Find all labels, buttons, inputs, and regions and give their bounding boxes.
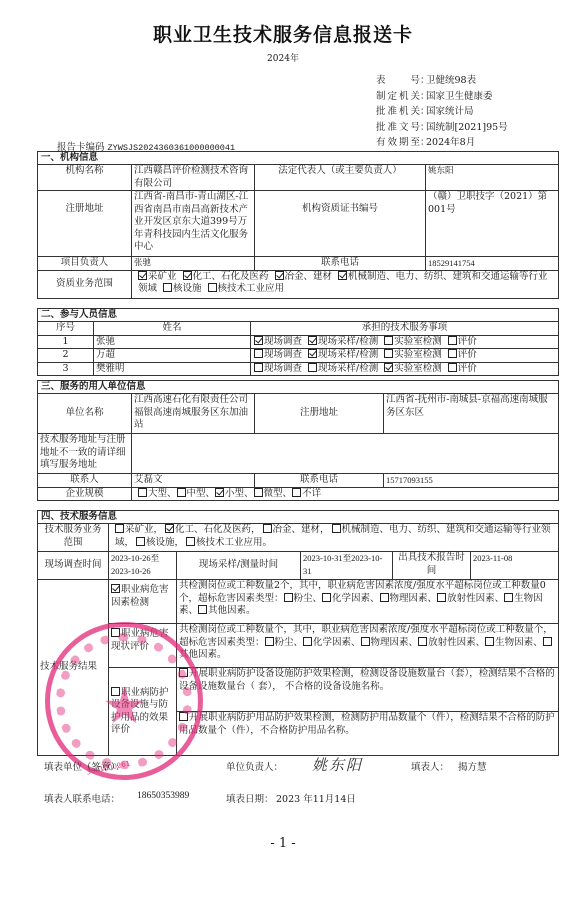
- checkbox-label: 现场调查: [264, 349, 302, 360]
- checkbox-option[interactable]: 放射性因素、: [437, 593, 504, 604]
- checkbox-label: 实验室检测: [394, 336, 442, 347]
- checkbox-option[interactable]: 现场采样/检测: [308, 336, 378, 347]
- checkbox-option[interactable]: 冶金、建材，: [263, 524, 330, 535]
- checkbox-label: 放射性因素、: [447, 593, 504, 604]
- checkbox-option[interactable]: 大型、: [138, 488, 177, 499]
- checkbox-option[interactable]: 现场采样/检测: [308, 363, 378, 374]
- section-personnel: 二、参与人员信息 序号 姓名 承担的技术服务事项 1张驰现场调查现场采样/检测实…: [37, 308, 559, 376]
- unchecked-box-icon[interactable]: [115, 524, 124, 533]
- meta-row: 批准文号：国统制[2021]95号: [376, 120, 508, 136]
- checkbox-label: 生物因素、: [495, 637, 543, 648]
- unchecked-box-icon[interactable]: [437, 593, 446, 602]
- checkbox-option[interactable]: 实验室检测: [384, 349, 442, 360]
- contact-phone-value: 15717093155: [384, 474, 559, 488]
- checkbox-option[interactable]: 评价: [448, 336, 477, 347]
- row-name: 万超: [94, 349, 251, 363]
- unchecked-box-icon[interactable]: [418, 637, 427, 646]
- sampling-time-label: 现场采样/测量时间: [177, 552, 301, 580]
- checkbox-label: 评价: [458, 336, 477, 347]
- row-name: 樊雅明: [94, 362, 251, 376]
- row-services: 现场调查现场采样/检测实验室检测评价: [251, 335, 559, 349]
- size-options: 大型、中型、小型、微型、不详: [132, 487, 559, 501]
- unchecked-box-icon[interactable]: [265, 637, 274, 646]
- checkbox-option[interactable]: 现场调查: [254, 349, 302, 360]
- meta-key: 制定机关: [376, 89, 420, 105]
- form-title: 职业卫生技术服务信息报送卡: [0, 20, 566, 47]
- checked-box-icon[interactable]: [183, 271, 192, 280]
- service-addr-value: [132, 434, 559, 474]
- unchecked-box-icon[interactable]: [332, 524, 341, 533]
- checkbox-label: 小型、: [225, 488, 254, 499]
- checkbox-label: 粉尘、: [275, 637, 304, 648]
- unchecked-box-icon[interactable]: [284, 593, 293, 602]
- meta-row: 表号：卫健统98表: [376, 73, 508, 89]
- checkbox-option[interactable]: 生物因素、: [485, 637, 543, 648]
- pm-value: 张驰: [132, 257, 255, 271]
- meta-value: 国家卫生健康委: [426, 89, 493, 105]
- section-title: 三、服务的用人单位信息: [38, 381, 559, 394]
- checked-box-icon[interactable]: [275, 271, 284, 280]
- checkbox-option[interactable]: 采矿业，: [115, 524, 163, 535]
- checkbox-option[interactable]: 采矿业: [138, 271, 177, 282]
- meta-value: 国家统计局: [426, 104, 474, 120]
- checkbox-option[interactable]: 现场调查: [254, 363, 302, 374]
- checkbox-option[interactable]: 化学因素、: [322, 593, 380, 604]
- checked-box-icon[interactable]: [254, 336, 263, 345]
- row-services: 现场调查现场采样/检测实验室检测评价: [251, 362, 559, 376]
- date-value: 2023 年11月14日: [276, 791, 356, 805]
- unchecked-box-icon[interactable]: [322, 593, 331, 602]
- phone-value: 18529141754: [426, 257, 559, 271]
- result-text-1: 共检测岗位或工种数量2个，其中，职业病危害因素浓度/强度水平超标岗位或工种数量0…: [177, 580, 559, 624]
- checkbox-option[interactable]: 化工、石化及医药: [183, 271, 269, 282]
- result-text-2: 共检测岗位或工种数量个，其中，职业病危害因素浓度/强度水平超标岗位或工种数量个，…: [177, 624, 559, 668]
- header-no: 序号: [38, 322, 94, 336]
- checkbox-label: 现场采样/检测: [318, 363, 378, 374]
- meta-row: 制定机关：国家卫生健康委: [376, 89, 508, 105]
- table-row: 3樊雅明现场调查现场采样/检测实验室检测评价: [38, 362, 559, 376]
- checkbox-label: 实验室检测: [394, 363, 442, 374]
- meta-row: 批准机关：国家统计局: [376, 104, 508, 120]
- unchecked-box-icon[interactable]: [208, 283, 217, 292]
- checkbox-label: 核设施，: [146, 537, 184, 548]
- unit-name-label: 单位名称: [38, 394, 132, 434]
- pm-label: 项目负责人: [38, 257, 132, 271]
- checkbox-label: 中型、: [187, 488, 216, 499]
- checkbox-option[interactable]: 中型、: [177, 488, 216, 499]
- section-title: 一、机构信息: [38, 152, 559, 165]
- meta-key: 批准文号: [376, 120, 420, 136]
- unchecked-box-icon[interactable]: [186, 537, 195, 546]
- checkbox-label: 化工、石化及医药，: [175, 524, 261, 535]
- contact-phone-label: 联系电话: [255, 474, 384, 488]
- section-title: 四、技术服务信息: [38, 511, 559, 524]
- head-label: 单位负责人：: [226, 759, 283, 773]
- checkbox-option[interactable]: 评价: [448, 349, 477, 360]
- meta-key: 有效期至: [376, 135, 420, 151]
- table-row: 2万超现场调查现场采样/检测实验室检测评价: [38, 349, 559, 363]
- form-year: 2024年: [0, 51, 566, 64]
- checkbox-option[interactable]: 化学因素、: [303, 637, 361, 648]
- unchecked-box-icon[interactable]: [543, 637, 552, 646]
- checkbox-label: 大型、: [148, 488, 177, 499]
- unit-sign-label: 填表单位（签章）：: [44, 759, 125, 773]
- org-name-label: 机构名称: [38, 165, 132, 191]
- service-scope-options: 采矿业，化工、石化及医药，冶金、建材，机械制造、电力、纺织、建筑和交通运输等行业…: [109, 524, 559, 552]
- checkbox-option[interactable]: 物理因素、: [380, 593, 438, 604]
- sampling-time-value: 2023-10-31至2023-10-31: [301, 552, 393, 580]
- legal-rep-value: 姚东阳: [426, 165, 559, 191]
- meta-value: 卫健统98表: [426, 73, 476, 89]
- cert-value: （赣）卫职技字（2021）第001号: [426, 191, 559, 257]
- checkbox-label: 冶金、建材: [285, 271, 333, 282]
- unchecked-box-icon[interactable]: [380, 593, 389, 602]
- checkbox-option[interactable]: 现场调查: [254, 336, 302, 347]
- scope-options: 采矿业化工、石化及医药冶金、建材机械制造、电力、纺织、建筑和交通运输等行业领域核…: [132, 270, 559, 298]
- survey-time-label: 现场调查时间: [38, 552, 109, 580]
- page-number: - 1 -: [0, 836, 566, 851]
- checkbox-option[interactable]: 核设施，: [136, 537, 184, 548]
- meta-key: 表号: [376, 73, 420, 89]
- service-scope-label: 技术服务业务范围: [38, 524, 109, 552]
- checkbox-label: 核技术工业应用: [218, 283, 285, 294]
- unchecked-box-icon[interactable]: [111, 687, 120, 696]
- unchecked-box-icon[interactable]: [384, 349, 393, 358]
- org-name-value: 江西赣昌评价检测技术咨询有限公司: [132, 165, 255, 191]
- checked-box-icon[interactable]: [338, 271, 347, 280]
- checkbox-label: 现场调查: [264, 363, 302, 374]
- checked-box-icon[interactable]: [215, 488, 224, 497]
- phone-label: 联系电话: [255, 257, 426, 271]
- meta-value: 国统制[2021]95号: [426, 120, 508, 136]
- reg-addr-label: 注册地址: [255, 394, 384, 434]
- checkbox-label: 评价: [458, 349, 477, 360]
- checkbox-label: 现场采样/检测: [318, 349, 378, 360]
- checkbox-option[interactable]: 不详: [292, 488, 321, 499]
- checkbox-option[interactable]: 实验室检测: [384, 363, 442, 374]
- result-sub-text: 开展职业病防护用品防护效果检测，检测防护用品数量个（件），检测结果不合格的防护用…: [179, 712, 555, 736]
- checkbox-option[interactable]: 核设施: [163, 283, 202, 294]
- checkbox-label: 其他因素。: [179, 649, 227, 660]
- unchecked-box-icon[interactable]: [308, 363, 317, 372]
- checkbox-option[interactable]: 放射性因素、: [418, 637, 485, 648]
- head-signature: 姚东阳: [312, 754, 363, 775]
- checkbox-label: 放射性因素、: [428, 637, 485, 648]
- unchecked-box-icon[interactable]: [254, 488, 263, 497]
- checked-box-icon[interactable]: [384, 363, 393, 372]
- unchecked-box-icon[interactable]: [485, 637, 494, 646]
- checkbox-label: 现场调查: [264, 336, 302, 347]
- checkbox-label: 其他因素。: [208, 605, 256, 616]
- checkbox-option[interactable]: 微型、: [254, 488, 293, 499]
- section-service-info: 四、技术服务信息 技术服务业务范围 采矿业，化工、石化及医药，冶金、建材，机械制…: [37, 510, 559, 756]
- unchecked-box-icon[interactable]: [254, 349, 263, 358]
- checkbox-label: 核技术工业应用。: [196, 537, 272, 548]
- checkbox-option[interactable]: 化工、石化及医药，: [165, 524, 261, 535]
- report-time-label: 出具技术报告时间: [393, 552, 471, 580]
- checked-box-icon[interactable]: [308, 336, 317, 345]
- legal-rep-label: 法定代表人（或主要负责人）: [255, 165, 426, 191]
- unchecked-box-icon[interactable]: [292, 488, 301, 497]
- checkbox-label: 不详: [302, 488, 321, 499]
- service-addr-label: 技术服务地址与注册地址不一致的请详细填写服务地址: [38, 434, 132, 474]
- filler-name: 揭方慧: [458, 759, 487, 773]
- checkbox-option[interactable]: 物理因素、: [361, 637, 419, 648]
- checkbox-label: 化学因素、: [332, 593, 380, 604]
- checkbox-option[interactable]: 评价: [448, 363, 477, 374]
- filler-label: 填表人：: [411, 759, 449, 773]
- checkbox-option[interactable]: 粉尘、: [265, 637, 304, 648]
- filler-phone-value: 18650353989: [137, 791, 189, 801]
- row-no: 1: [38, 335, 94, 349]
- meta-key: 批准机关: [376, 104, 420, 120]
- checkbox-label: 物理因素、: [390, 593, 438, 604]
- result-type-1: 职业病危害因素检测: [109, 580, 177, 624]
- checkbox-option[interactable]: 实验室检测: [384, 336, 442, 347]
- checkbox-label: 粉尘、: [294, 593, 323, 604]
- form-meta: 表号：卫健统98表制定机关：国家卫生健康委批准机关：国家统计局批准文号：国统制[…: [376, 73, 508, 151]
- unchecked-box-icon[interactable]: [384, 336, 393, 345]
- checkbox-label: 冶金、建材，: [273, 524, 330, 535]
- reg-addr-value: 江西省-抚州市-南城县-京福高速南城服务区东区: [384, 394, 559, 434]
- checkbox-label: 实验室检测: [394, 349, 442, 360]
- unchecked-box-icon[interactable]: [198, 605, 207, 614]
- section-org-info: 一、机构信息 机构名称 江西赣昌评价检测技术咨询有限公司 法定代表人（或主要负责…: [37, 151, 559, 299]
- header-services: 承担的技术服务事项: [251, 322, 559, 336]
- unchecked-box-icon[interactable]: [448, 363, 457, 372]
- result-type-2: 职业病危害现状评价: [109, 624, 177, 668]
- scope-label: 资质业务范围: [38, 270, 132, 298]
- checkbox-option[interactable]: 核技术工业应用: [208, 283, 285, 294]
- checkbox-label: 化学因素、: [313, 637, 361, 648]
- checkbox-option[interactable]: 其他因素。: [198, 605, 256, 616]
- checkbox-label: 化工、石化及医药: [193, 271, 269, 282]
- header-name: 姓名: [94, 322, 251, 336]
- unchecked-box-icon[interactable]: [504, 593, 513, 602]
- section-client-info: 三、服务的用人单位信息 单位名称 江西高速石化有限责任公司福银高速南城服务区东加…: [37, 380, 559, 501]
- section-title: 二、参与人员信息: [38, 309, 559, 322]
- row-services: 现场调查现场采样/检测实验室检测评价: [251, 349, 559, 363]
- unchecked-box-icon[interactable]: [361, 637, 370, 646]
- meta-value: 2024年8月: [426, 135, 475, 151]
- unchecked-box-icon[interactable]: [263, 524, 272, 533]
- checkbox-option[interactable]: 小型、: [215, 488, 254, 499]
- checkbox-label: 采矿业: [148, 271, 177, 282]
- row-name: 张驰: [94, 335, 251, 349]
- checked-box-icon[interactable]: [165, 524, 174, 533]
- unchecked-box-icon[interactable]: [179, 712, 188, 721]
- row-no: 3: [38, 362, 94, 376]
- unchecked-box-icon[interactable]: [448, 349, 457, 358]
- result-sub-text: 开展职业病防护设备设施防护效果检测，检测设备设施数量台（套），检测结果不合格的设…: [179, 668, 555, 692]
- filler-phone-label: 填表人联系电话：: [44, 791, 120, 805]
- checked-box-icon[interactable]: [111, 584, 120, 593]
- unchecked-box-icon[interactable]: [448, 336, 457, 345]
- checked-box-icon[interactable]: [138, 271, 147, 280]
- unchecked-box-icon[interactable]: [163, 283, 172, 292]
- cert-label: 机构资质证书编号: [255, 191, 426, 257]
- contact-label: 联系人: [38, 474, 132, 488]
- contact-value: 艾磊文: [132, 474, 255, 488]
- unchecked-box-icon[interactable]: [111, 628, 120, 637]
- result-label: 技术服务结果: [38, 580, 109, 756]
- report-time-value: 2023-11-08: [471, 552, 559, 580]
- checkbox-label: 现场采样/检测: [318, 336, 378, 347]
- result-text-3b: 开展职业病防护用品防护效果检测，检测防护用品数量个（件），检测结果不合格的防护用…: [177, 712, 559, 756]
- address-label: 注册地址: [38, 191, 132, 257]
- meta-row: 有效期至：2024年8月: [376, 135, 508, 151]
- unchecked-box-icon[interactable]: [138, 488, 147, 497]
- unchecked-box-icon[interactable]: [254, 363, 263, 372]
- checkbox-label: 物理因素、: [371, 637, 419, 648]
- address-value: 江西省-南昌市-青山湖区-江西省南昌市南昌高新技术产业开发区京东大道399号万年…: [132, 191, 255, 257]
- unchecked-box-icon[interactable]: [177, 488, 186, 497]
- checkbox-option[interactable]: 核技术工业应用。: [186, 537, 272, 548]
- unchecked-box-icon[interactable]: [303, 637, 312, 646]
- result-type-3: 职业病防护设备设施与防护用品的效果评价: [109, 668, 177, 756]
- unchecked-box-icon[interactable]: [179, 668, 188, 677]
- checkbox-option[interactable]: 冶金、建材: [275, 271, 333, 282]
- table-row: 1张驰现场调查现场采样/检测实验室检测评价: [38, 335, 559, 349]
- result-text-3a: 开展职业病防护设备设施防护效果检测，检测设备设施数量台（套），检测结果不合格的设…: [177, 668, 559, 712]
- checkbox-label: 采矿业，: [125, 524, 163, 535]
- unchecked-box-icon[interactable]: [136, 537, 145, 546]
- row-no: 2: [38, 349, 94, 363]
- date-label: 填表日期：: [226, 791, 274, 805]
- checked-box-icon[interactable]: [308, 349, 317, 358]
- checkbox-label: 核设施: [173, 283, 202, 294]
- checkbox-option[interactable]: 粉尘、: [284, 593, 323, 604]
- size-label: 企业规模: [38, 487, 132, 501]
- checkbox-label: 评价: [458, 363, 477, 374]
- checkbox-label: 微型、: [264, 488, 293, 499]
- unit-name-value: 江西高速石化有限责任公司福银高速南城服务区东加油站: [132, 394, 255, 434]
- checkbox-option[interactable]: 现场采样/检测: [308, 349, 378, 360]
- survey-time-value: 2023-10-26至2023-10-26: [109, 552, 177, 580]
